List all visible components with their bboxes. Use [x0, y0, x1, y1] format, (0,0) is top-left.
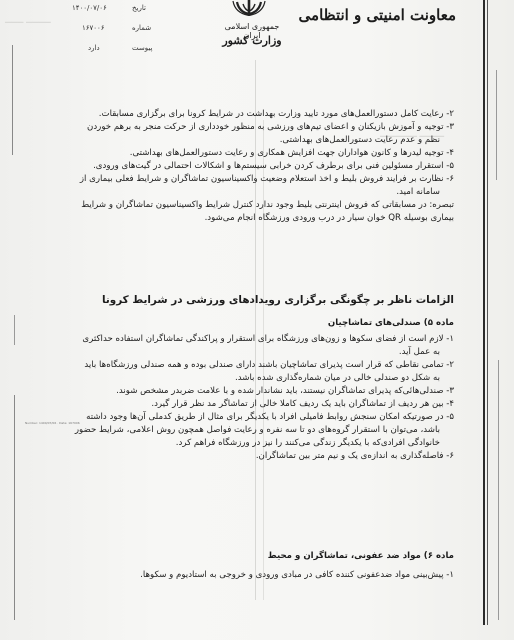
date-label: تاریخ [132, 4, 146, 12]
binding-line [498, 360, 499, 620]
article-5-heading: ماده ۵) صندلی‌های تماشاچیان [75, 317, 454, 330]
article-6-heading: ماده ۶) مواد ضد عفونی، تماشاگران و محیط [140, 550, 454, 563]
fax-stamp: Number: 1400/07/06 · Date: 167006 [25, 421, 80, 425]
list-item: ۳- توجیه و آموزش بازیکنان و اعضای تیم‌ها… [80, 121, 454, 134]
attachment-label: پیوست [132, 44, 152, 52]
note-line: بیماری بوسیله QR خوان سیار در درب ورودی … [80, 212, 454, 225]
date-value: ۱۴۰۰/۰۷/۰۶ [72, 4, 107, 12]
list-item: ۱- لازم است از فضای سکوها و زون‌های ورزش… [75, 333, 454, 346]
section-1: ۲- رعایت کامل دستورالعمل‌های مورد تایید … [80, 108, 454, 225]
list-item: ۵- استقرار مسئولین فنی برای برطرف کردن خ… [80, 160, 454, 173]
list-item: ۴- بین هر ردیف از تماشاگران باید یک ردیف… [75, 398, 454, 411]
list-item-continuation: خانوادگی افرادی‌که با یکدیگر زندگی می‌کن… [75, 437, 454, 450]
margin-line [14, 395, 15, 620]
list-item-continuation: به عمل آید. [75, 346, 454, 359]
list-item: ۶- نظارت بر فرایند فروش بلیط و اخذ استعل… [80, 173, 454, 186]
margin-line [12, 45, 13, 155]
list-item: ۳- صندلی‌هائی‌که پذیرای تماشاگران نیستند… [75, 385, 454, 398]
margin-line [14, 315, 15, 345]
binding-line [487, 0, 488, 625]
list-item: ۶- فاصله‌گذاری به اندازه‌ی یک و نیم متر … [75, 450, 454, 463]
ministry-label: وزارت کشور [222, 34, 282, 47]
list-item: ۱- پیش‌بینی مواد ضدعفونی کننده کافی در م… [140, 569, 454, 582]
list-item: ۲- رعایت کامل دستورالعمل‌های مورد تایید … [80, 108, 454, 121]
list-item-continuation: نظم و عدم رعایت دستورالعمل‌های بهداشتی. [80, 134, 454, 147]
document-page: ▁▁▁▁ ▁▁▁ ▁▁▁▁ ▁▁▁▁▁▁ معاونت امنیتی و انت… [0, 0, 514, 640]
show-through-text: ▁▁▁▁ ▁▁▁ [5, 14, 51, 23]
note-line: تبصره: در مسابقاتی که فروش اینترنتی بلیط… [80, 199, 454, 212]
number-label: شماره [132, 24, 151, 32]
list-item-continuation: سامانه امید. [80, 186, 454, 199]
department-title: معاونت امنیتی و انتظامی [299, 6, 456, 24]
list-item: ۵- در صورتیکه امکان سنجش روابط فامیلی اف… [75, 411, 454, 424]
iran-emblem-icon [229, 0, 269, 16]
list-item-continuation: به شکل دو صندلی خالی در میان شماره‌گذاری… [75, 372, 454, 385]
list-item: ۲- تمامی نقاطی که قرار است پذیرای تماشاچ… [75, 359, 454, 372]
binding-line [483, 0, 485, 625]
list-item-continuation: باشد، می‌توان با استقرار گروه‌های دو تا … [75, 424, 454, 437]
attachment-value: دارد [88, 44, 100, 52]
article-6: ماده ۶) مواد ضد عفونی، تماشاگران و محیط … [140, 550, 454, 582]
article-5: ماده ۵) صندلی‌های تماشاچیان ۱- لازم است … [75, 317, 454, 463]
main-title: الزامات ناظر بر چگونگی برگزاری رویدادهای… [102, 294, 454, 307]
list-item: ۴- توجیه لیدرها و کانون هواداران جهت افز… [80, 147, 454, 160]
binding-line [496, 70, 497, 180]
number-value: ۱۶۷۰۰۶ [82, 24, 105, 32]
